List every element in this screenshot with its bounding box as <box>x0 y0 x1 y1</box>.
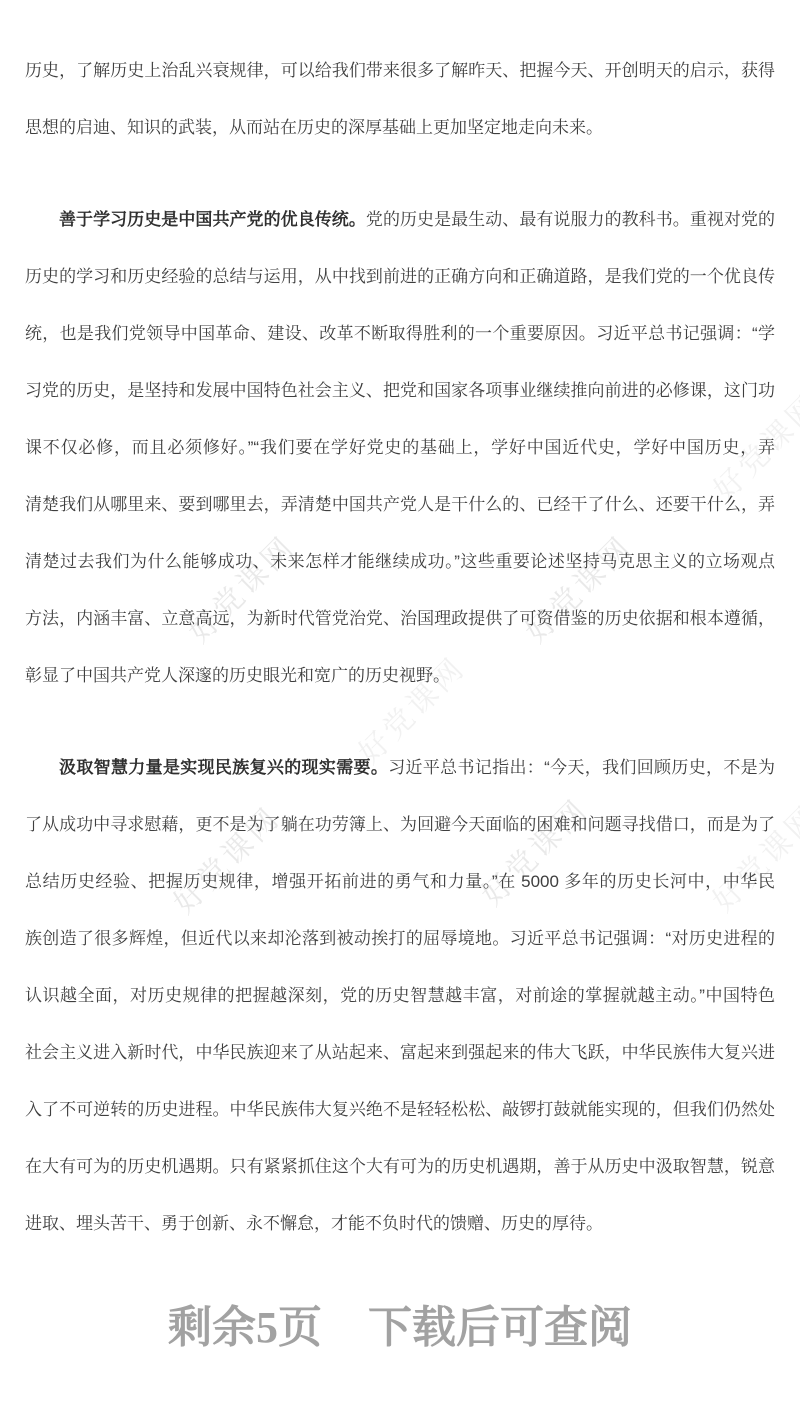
document-page: 好党课网好党课网好党课网好党课网好党课网好党课网好党课网 历史，了解历史上治乱兴… <box>0 0 800 1415</box>
body-text: 历史，了解历史上治乱兴衰规律，可以给我们带来很多了解昨天、把握今天、开创明天的启… <box>25 61 775 80</box>
text-line: 统，也是我们党领导中国革命、建设、改革不断取得胜利的一个重要原因。习近平总书记强… <box>25 305 775 362</box>
text-line: 历史的学习和历史经验的总结与运用，从中找到前进的正确方向和正确道路，是我们党的一… <box>25 248 775 305</box>
paragraph: 善于学习历史是中国共产党的优良传统。党的历史是最生动、最有说服力的教科书。重视对… <box>25 191 775 704</box>
bold-lead-text: 汲取智慧力量是实现民族复兴的现实需要。 <box>59 758 388 777</box>
body-text: 总结历史经验、把握历史规律，增强开拓前进的勇气和力量。”在 5000 多年的历史… <box>25 872 775 891</box>
body-text: 族创造了很多辉煌，但近代以来却沦落到被动挨打的屈辱境地。习近平总书记强调：“对历… <box>25 929 775 948</box>
text-line: 历史，了解历史上治乱兴衰规律，可以给我们带来很多了解昨天、把握今天、开创明天的启… <box>25 42 775 99</box>
text-line: 清楚过去我们为什么能够成功、未来怎样才能继续成功。”这些重要论述坚持马克思主义的… <box>25 533 775 590</box>
text-line: 总结历史经验、把握历史规律，增强开拓前进的勇气和力量。”在 5000 多年的历史… <box>25 853 775 910</box>
body-text: 彰显了中国共产党人深邃的历史眼光和宽广的历史视野。 <box>25 666 450 685</box>
paragraph: 历史，了解历史上治乱兴衰规律，可以给我们带来很多了解昨天、把握今天、开创明天的启… <box>25 42 775 156</box>
body-text: 方法，内涵丰富、立意高远，为新时代管党治党、治国理政提供了可资借鉴的历史依据和根… <box>25 609 775 628</box>
text-line: 彰显了中国共产党人深邃的历史眼光和宽广的历史视野。 <box>25 647 775 704</box>
body-text: 历史的学习和历史经验的总结与运用，从中找到前进的正确方向和正确道路，是我们党的一… <box>25 267 775 286</box>
body-text: 进取、埋头苦干、勇于创新、永不懈怠，才能不负时代的馈赠、历史的厚待。 <box>25 1214 603 1233</box>
body-text: 在大有可为的历史机遇期。只有紧紧抓住这个大有可为的历史机遇期，善于从历史中汲取智… <box>25 1157 775 1176</box>
body-text: 入了不可逆转的历史进程。中华民族伟大复兴绝不是轻轻松松、敲锣打鼓就能实现的，但我… <box>25 1100 775 1119</box>
body-text: 习近平总书记指出：“今天，我们回顾历史，不是为 <box>388 758 775 777</box>
text-line: 认识越全面，对历史规律的把握越深刻，党的历史智慧越丰富，对前途的掌握就越主动。”… <box>25 967 775 1024</box>
body-text: 课不仅必修，而且必须修好。”“我们要在学好党史的基础上，学好中国近代史，学好中国… <box>25 438 775 457</box>
text-line: 习党的历史，是坚持和发展中国特色社会主义、把党和国家各项事业继续推向前进的必修课… <box>25 362 775 419</box>
text-line: 汲取智慧力量是实现民族复兴的现实需要。习近平总书记指出：“今天，我们回顾历史，不… <box>25 739 775 796</box>
body-text: 统，也是我们党领导中国革命、建设、改革不断取得胜利的一个重要原因。习近平总书记强… <box>25 324 775 343</box>
body-text: 党的历史是最生动、最有说服力的教科书。重视对党的 <box>366 210 775 229</box>
remaining-pages-label: 剩余5页 <box>168 1300 322 1356</box>
body-text: 清楚过去我们为什么能够成功、未来怎样才能继续成功。”这些重要论述坚持马克思主义的… <box>25 552 775 571</box>
text-line: 社会主义进入新时代，中华民族迎来了从站起来、富起来到强起来的伟大飞跃，中华民族伟… <box>25 1024 775 1081</box>
preview-footer: 剩余5页 下载后可查阅 <box>0 1300 800 1356</box>
text-line: 思想的启迪、知识的武装，从而站在历史的深厚基础上更加坚定地走向未来。 <box>25 99 775 156</box>
body-text: 思想的启迪、知识的武装，从而站在历史的深厚基础上更加坚定地走向未来。 <box>25 118 603 137</box>
text-line: 族创造了很多辉煌，但近代以来却沦落到被动挨打的屈辱境地。习近平总书记强调：“对历… <box>25 910 775 967</box>
text-line: 进取、埋头苦干、勇于创新、永不懈怠，才能不负时代的馈赠、历史的厚待。 <box>25 1195 775 1252</box>
text-line: 清楚我们从哪里来、要到哪里去，弄清楚中国共产党人是干什么的、已经干了什么、还要干… <box>25 476 775 533</box>
document-body: 历史，了解历史上治乱兴衰规律，可以给我们带来很多了解昨天、把握今天、开创明天的启… <box>25 42 775 1252</box>
text-line: 入了不可逆转的历史进程。中华民族伟大复兴绝不是轻轻松松、敲锣打鼓就能实现的，但我… <box>25 1081 775 1138</box>
download-hint-label: 下载后可查阅 <box>368 1300 632 1356</box>
text-line: 方法，内涵丰富、立意高远，为新时代管党治党、治国理政提供了可资借鉴的历史依据和根… <box>25 590 775 647</box>
text-line: 在大有可为的历史机遇期。只有紧紧抓住这个大有可为的历史机遇期，善于从历史中汲取智… <box>25 1138 775 1195</box>
paragraph: 汲取智慧力量是实现民族复兴的现实需要。习近平总书记指出：“今天，我们回顾历史，不… <box>25 739 775 1252</box>
body-text: 社会主义进入新时代，中华民族迎来了从站起来、富起来到强起来的伟大飞跃，中华民族伟… <box>25 1043 775 1062</box>
bold-lead-text: 善于学习历史是中国共产党的优良传统。 <box>59 210 366 229</box>
body-text: 清楚我们从哪里来、要到哪里去，弄清楚中国共产党人是干什么的、已经干了什么、还要干… <box>25 495 775 514</box>
body-text: 了从成功中寻求慰藉，更不是为了躺在功劳簿上、为回避今天面临的困难和问题寻找借口，… <box>25 815 775 834</box>
text-line: 课不仅必修，而且必须修好。”“我们要在学好党史的基础上，学好中国近代史，学好中国… <box>25 419 775 476</box>
text-line: 善于学习历史是中国共产党的优良传统。党的历史是最生动、最有说服力的教科书。重视对… <box>25 191 775 248</box>
text-line: 了从成功中寻求慰藉，更不是为了躺在功劳簿上、为回避今天面临的困难和问题寻找借口，… <box>25 796 775 853</box>
body-text: 认识越全面，对历史规律的把握越深刻，党的历史智慧越丰富，对前途的掌握就越主动。”… <box>25 986 775 1005</box>
body-text: 习党的历史，是坚持和发展中国特色社会主义、把党和国家各项事业继续推向前进的必修课… <box>25 381 775 400</box>
